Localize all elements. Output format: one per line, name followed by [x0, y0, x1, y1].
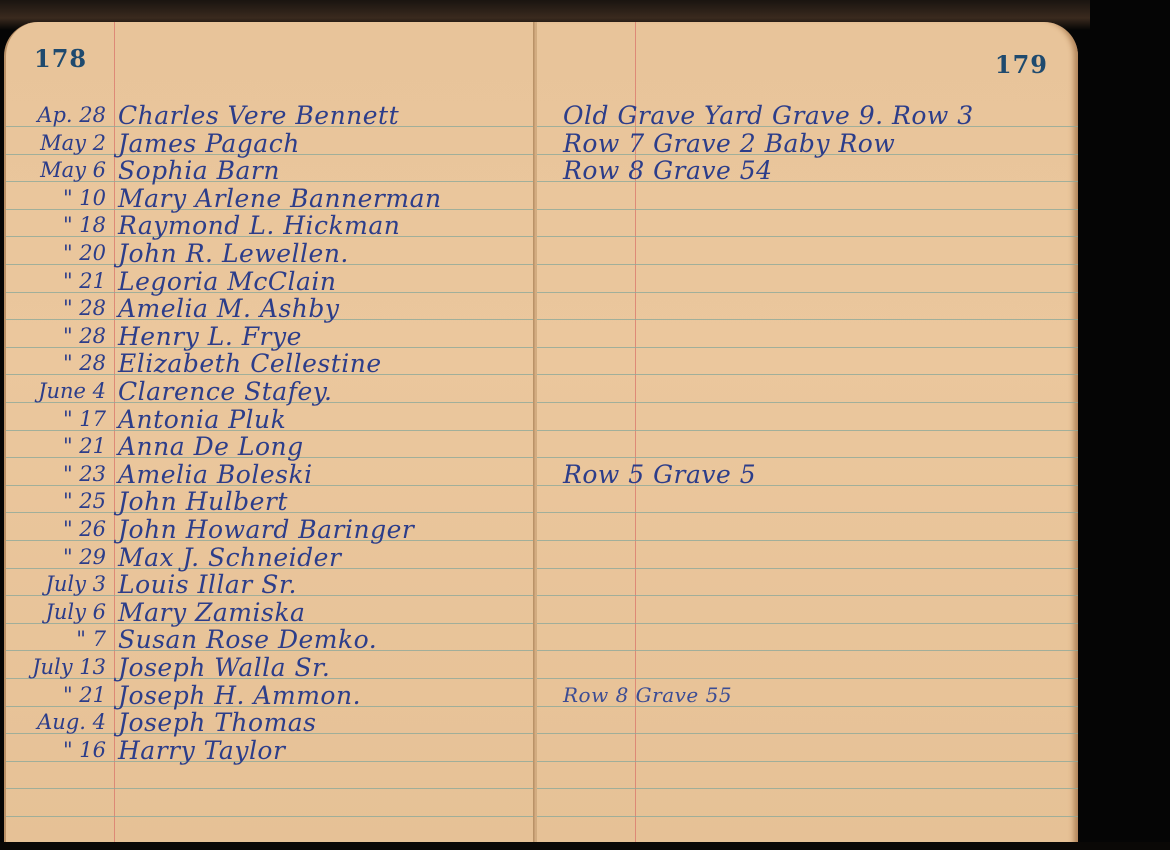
entry-date: " 26 [6, 516, 106, 543]
entry-name: Legoria McClain [118, 268, 336, 295]
entry-date: " 29 [6, 544, 106, 571]
entry-date: July 6 [6, 599, 106, 626]
entry-name: Amelia Boleski [118, 461, 313, 488]
ruled-line [537, 623, 1078, 624]
grave-note: Old Grave Yard Grave 9. Row 3 [563, 102, 974, 129]
ruled-line [537, 733, 1078, 734]
entry-name: Anna De Long [118, 433, 304, 460]
ruled-line [537, 512, 1078, 513]
entry-name: Mary Zamiska [118, 599, 305, 626]
entry-date: May 6 [6, 157, 106, 184]
entry-name: John Hulbert [118, 488, 288, 515]
ruled-line [537, 595, 1078, 596]
entry-name: Charles Vere Bennett [118, 102, 399, 129]
entry-name: John R. Lewellen. [118, 240, 349, 267]
entry-name: John Howard Baringer [118, 516, 414, 543]
grave-note: Row 8 Grave 55 [563, 682, 732, 709]
entry-date: " 18 [6, 212, 106, 239]
entry-date: June 4 [6, 378, 106, 405]
entry-date: " 10 [6, 185, 106, 212]
ruled-line [537, 264, 1078, 265]
ruled-line [537, 788, 1078, 789]
entry-name: James Pagach [118, 130, 300, 157]
grave-note: Row 5 Grave 5 [563, 461, 756, 488]
ruled-line [537, 430, 1078, 431]
entry-date: " 23 [6, 461, 106, 488]
ruled-line [537, 650, 1078, 651]
entry-date: May 2 [6, 130, 106, 157]
entry-date: " 25 [6, 488, 106, 515]
page-number-left: 178 [34, 44, 87, 73]
entry-date: " 17 [6, 406, 106, 433]
entry-name: Susan Rose Demko. [118, 626, 377, 653]
entry-name: Raymond L. Hickman [118, 212, 400, 239]
entry-name: Amelia M. Ashby [118, 295, 340, 322]
ruled-line [537, 540, 1078, 541]
entry-name: Antonia Pluk [118, 406, 286, 433]
ruled-line [537, 374, 1078, 375]
ruled-line [537, 678, 1078, 679]
entry-name: Elizabeth Cellestine [118, 350, 382, 377]
ruled-line [6, 788, 537, 789]
entry-date: July 3 [6, 571, 106, 598]
entry-date: " 21 [6, 433, 106, 460]
entry-name: Harry Taylor [118, 737, 285, 764]
ruled-line [537, 236, 1078, 237]
entry-name: Sophia Barn [118, 157, 280, 184]
entry-name: Joseph Walla Sr. [118, 654, 330, 681]
ruled-line [537, 402, 1078, 403]
entry-date: " 20 [6, 240, 106, 267]
entry-date: July 13 [6, 654, 106, 681]
ruled-line [537, 568, 1078, 569]
entry-date: " 21 [6, 268, 106, 295]
ruled-line [6, 816, 537, 817]
entry-name: Mary Arlene Bannerman [118, 185, 442, 212]
right-page: 179 Old Grave Yard Grave 9. Row 3Row 7 G… [537, 22, 1078, 850]
ledger-spread: 178 Ap. 28Charles Vere BennettMay 2James… [0, 0, 1170, 850]
ruled-line [537, 292, 1078, 293]
entry-name: Clarence Stafey. [118, 378, 333, 405]
margin-line [114, 22, 115, 850]
entry-name: Joseph H. Ammon. [118, 682, 361, 709]
entry-name: Joseph Thomas [118, 709, 317, 736]
ruled-line [537, 319, 1078, 320]
grave-note: Row 7 Grave 2 Baby Row [563, 130, 895, 157]
left-page: 178 Ap. 28Charles Vere BennettMay 2James… [4, 22, 537, 850]
entry-date: " 28 [6, 350, 106, 377]
entry-date: " 7 [6, 626, 106, 653]
entry-date: Ap. 28 [6, 102, 106, 129]
ruled-line [537, 209, 1078, 210]
entry-date: " 28 [6, 295, 106, 322]
grave-note: Row 8 Grave 54 [563, 157, 773, 184]
ruled-line [537, 457, 1078, 458]
entry-name: Max J. Schneider [118, 544, 341, 571]
entry-date: " 16 [6, 737, 106, 764]
ruled-line [537, 347, 1078, 348]
page-number-right: 179 [995, 50, 1048, 79]
entry-date: " 21 [6, 682, 106, 709]
book-bottom-edge [0, 842, 1170, 850]
ruled-line [537, 816, 1078, 817]
entry-name: Henry L. Frye [118, 323, 302, 350]
entry-date: Aug. 4 [6, 709, 106, 736]
ruled-line [537, 761, 1078, 762]
entry-name: Louis Illar Sr. [118, 571, 297, 598]
entry-date: " 28 [6, 323, 106, 350]
